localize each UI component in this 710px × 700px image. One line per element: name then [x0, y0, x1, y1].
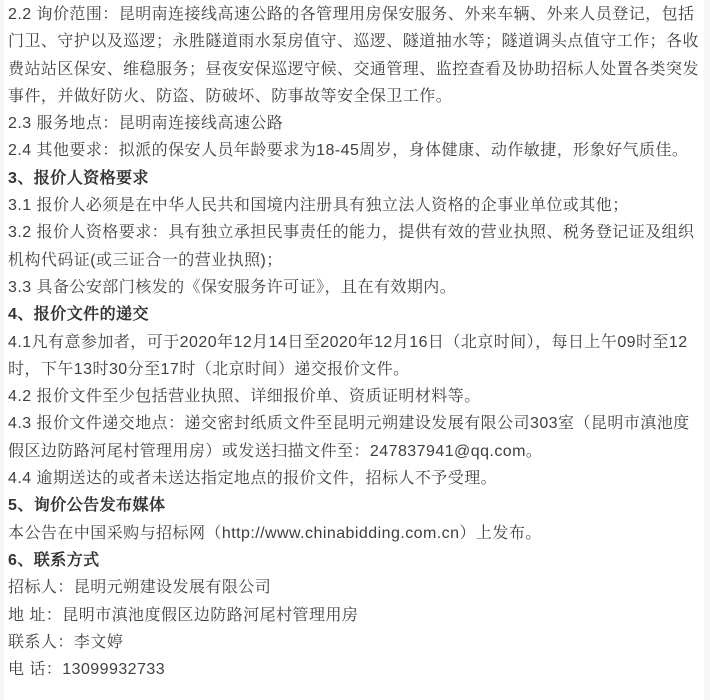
section-heading: 6、联系方式: [8, 547, 704, 574]
paragraph: 联系人：李文婷: [8, 629, 704, 656]
document-body: 2.2 询价范围：昆明南连接线高速公路的各管理用房保安服务、外来车辆、外来人员登…: [4, 0, 704, 700]
paragraph: 电 话：13099932733: [8, 656, 704, 683]
paragraph: 4.1凡有意参加者，可于2020年12月14日至2020年12月16日（北京时间…: [8, 329, 704, 384]
section-heading: 4、报价文件的递交: [8, 301, 704, 328]
paragraph: 4.2 报价文件至少包括营业执照、详细报价单、资质证明材料等。: [8, 383, 704, 410]
paragraph: 地 址：昆明市滇池度假区边防路河尾村管理用房: [8, 602, 704, 629]
paragraph: 2.4 其他要求：拟派的保安人员年龄要求为18-45周岁，身体健康、动作敏捷，形…: [8, 137, 704, 164]
paragraph: 4.3 报价文件递交地点：递交密封纸质文件至昆明元朔建设发展有限公司303室（昆…: [8, 410, 704, 465]
paragraph: 3.2 报价人资格要求：具有独立承担民事责任的能力，提供有效的营业执照、税务登记…: [8, 219, 704, 274]
paragraph: 2.2 询价范围：昆明南连接线高速公路的各管理用房保安服务、外来车辆、外来人员登…: [8, 1, 704, 110]
paragraph: 4.4 逾期送达的或者未送达指定地点的报价文件，招标人不予受理。: [8, 465, 704, 492]
document-page: 2.2 询价范围：昆明南连接线高速公路的各管理用房保安服务、外来车辆、外来人员登…: [0, 0, 710, 700]
paragraph: 本公告在中国采购与招标网（http://www.chinabidding.com…: [8, 520, 704, 547]
section-heading: 3、报价人资格要求: [8, 165, 704, 192]
paragraph: 招标人：昆明元朔建设发展有限公司: [8, 574, 704, 601]
paragraph: 3.1 报价人必须是在中华人民共和国境内注册具有独立法人资格的企事业单位或其他；: [8, 192, 704, 219]
paragraph: 3.3 具备公安部门核发的《保安服务许可证》，且在有效期内。: [8, 274, 704, 301]
paragraph: 2.3 服务地点：昆明南连接线高速公路: [8, 110, 704, 137]
section-heading: 5、询价公告发布媒体: [8, 492, 704, 519]
